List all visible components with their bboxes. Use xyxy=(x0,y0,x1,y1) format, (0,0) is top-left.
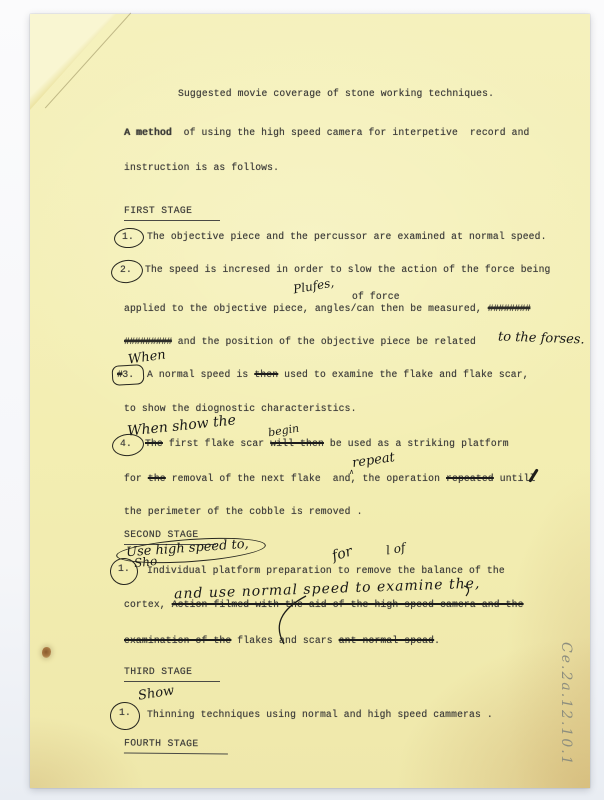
item4-cont1-struck-the: the xyxy=(148,473,166,484)
edge-catalog-number-text: Ce.2a.12.10.1 xyxy=(558,642,574,767)
item4-cont2-text: the perimeter of the cobble is removed . xyxy=(124,506,363,517)
stage4-heading-text: FOURTH STAGE xyxy=(124,737,228,754)
stage3-heading-text: THIRD STAGE xyxy=(124,666,220,682)
typed-insert-of-force: of force xyxy=(352,291,400,303)
item1-number: 1. xyxy=(122,231,134,243)
stage3-item1-number-text: 1. xyxy=(119,707,131,718)
stage2-cont2-b: . xyxy=(434,635,440,646)
item3-struck-then: then xyxy=(254,369,278,380)
item4-cont1-a: for xyxy=(124,473,148,484)
item4-number-text: 4. xyxy=(120,438,132,449)
item4-cont-line-1: for the removal of the next flake and, t… xyxy=(124,473,536,485)
stage2-cont1-a: cortex, xyxy=(124,599,172,610)
item4-struck-the: The xyxy=(145,438,163,449)
item1-text-content: The objective piece and the percussor ar… xyxy=(147,231,547,242)
item2-text: The speed is incresed in order to slow t… xyxy=(145,264,551,276)
item3-text-b: used to examine the flake and flake scar… xyxy=(278,369,528,380)
stage2-item1-number-text: 1. xyxy=(118,563,130,574)
intro-line-2-text: instruction is as follows. xyxy=(124,162,279,173)
item2-cont2-struck: ######### xyxy=(124,336,172,347)
item3-cont-line: to show the diognostic characteristics. xyxy=(124,403,357,415)
intro-line-1: A method of using the high speed camera … xyxy=(124,127,530,139)
doc-title-text: Suggested movie coverage of stone workin… xyxy=(178,88,494,99)
stage3-heading: THIRD STAGE xyxy=(124,666,220,682)
stage2-item1-text-content: Individual platform preparation to remov… xyxy=(147,565,505,576)
stage2-cont2-a: flakes and scars xyxy=(231,635,338,646)
item1-text: The objective piece and the percussor ar… xyxy=(147,231,547,243)
item4-text-a: first flake scar xyxy=(163,438,270,449)
item2-number-text: 2. xyxy=(120,264,132,275)
typed-insert-text: of force xyxy=(352,291,400,302)
stage4-heading: FOURTH STAGE xyxy=(124,737,228,754)
handwritten-to-the-force: to the forses. xyxy=(498,329,585,347)
intro-line-1-rest: of using the high speed camera for inter… xyxy=(172,127,530,138)
intro-overstruck: A method xyxy=(124,127,172,138)
stage2-cont-line-2: examination of the flakes and scars ant … xyxy=(124,635,440,647)
item2-cont2-text: and the position of the objective piece … xyxy=(172,336,476,347)
item3-number-text: 3. xyxy=(122,369,134,380)
stage2-cont2-struck-1: examination of the xyxy=(124,635,231,646)
stage2-item1-text: Individual platform preparation to remov… xyxy=(147,565,505,577)
stage2-cont-line-1: cortex, Action filmed with the aid of th… xyxy=(124,599,524,611)
stage2-cont2-struck-2: ant normal spead xyxy=(339,635,434,646)
scanned-document-page: Suggested movie coverage of stone workin… xyxy=(0,0,604,800)
item3-number: #3. xyxy=(117,369,134,381)
stage1-heading-text: FIRST STAGE xyxy=(124,205,220,221)
item2-cont-line-2: ######### and the position of the object… xyxy=(124,336,476,348)
stage3-item1-number: 1. xyxy=(119,707,131,719)
stage1-heading: FIRST STAGE xyxy=(124,205,220,221)
item2-number: 2. xyxy=(120,264,132,276)
stage2-item1-number: 1. xyxy=(118,563,130,575)
stage2-cont1-struck: Action filmed with the aid of the high s… xyxy=(172,599,524,610)
stage3-item1-text: Thinning techniques using normal and hig… xyxy=(147,709,493,721)
item2-cont1-text: applied to the objective piece, angles/c… xyxy=(124,303,488,314)
edge-catalog-number: Ce.2a.12.10.1 xyxy=(558,642,574,767)
item1-number-text: 1. xyxy=(122,231,134,242)
item2-text-content: The speed is incresed in order to slow t… xyxy=(145,264,551,275)
item3-text: A normal speed is then used to examine t… xyxy=(147,369,529,381)
doc-title: Suggested movie coverage of stone workin… xyxy=(178,88,494,100)
item4-text: The first flake scar will then be used a… xyxy=(145,438,509,450)
item4-cont1-b: removal of the next flake and, the opera… xyxy=(166,473,446,484)
stage3-item1-text-content: Thinning techniques using normal and hig… xyxy=(147,709,493,720)
item4-text-b: be used as a striking platform xyxy=(324,438,509,449)
item4-cont-line-2: the perimeter of the cobble is removed . xyxy=(124,506,363,518)
item2-cont1-struck: ######## xyxy=(488,303,531,314)
item4-struck-will-then: will then xyxy=(270,438,324,449)
intro-line-2: instruction is as follows. xyxy=(124,162,279,174)
item4-number: 4. xyxy=(120,438,132,450)
item2-cont-line-1: applied to the objective piece, angles/c… xyxy=(124,303,530,315)
item3-cont-text: to show the diognostic characteristics. xyxy=(124,403,357,414)
item3-text-a: A normal speed is xyxy=(147,369,254,380)
item4-cont1-struck-repeated: repeated xyxy=(446,473,494,484)
handwritten-to-the-force-text: to the forses. xyxy=(498,329,585,347)
